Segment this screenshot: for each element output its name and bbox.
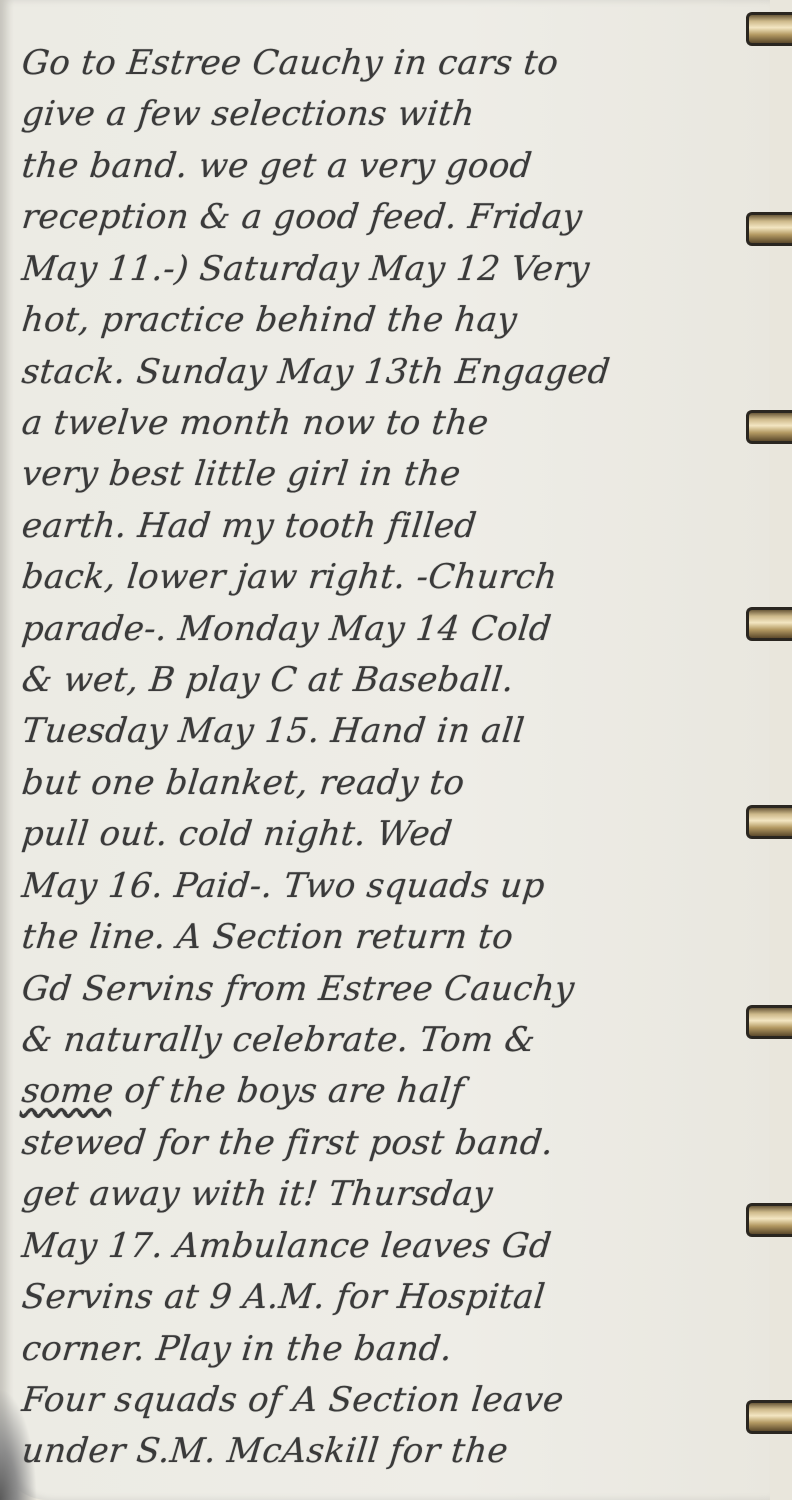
spiral-ring-icon bbox=[746, 805, 792, 839]
diary-line: May 11.-) Saturday May 12 Very bbox=[19, 244, 764, 295]
diary-line: Gd Servins from Estree Cauchy bbox=[19, 964, 764, 1015]
diary-line: earth. Had my tooth filled bbox=[19, 501, 764, 552]
diary-line: the line. A Section return to bbox=[19, 912, 764, 963]
handwritten-text: Go to Estree Cauchy in cars togive a few… bbox=[22, 38, 762, 1478]
spiral-ring-icon bbox=[746, 1400, 792, 1434]
diary-line: parade-. Monday May 14 Cold bbox=[19, 604, 764, 655]
diary-line: under S.M. McAskill for the bbox=[19, 1426, 764, 1477]
diary-line: May 17. Ambulance leaves Gd bbox=[19, 1221, 764, 1272]
diary-line: get away with it! Thursday bbox=[19, 1169, 764, 1220]
diary-line: Tuesday May 15. Hand in all bbox=[19, 706, 764, 757]
diary-line: back, lower jaw right. -Church bbox=[19, 552, 764, 603]
diary-line: corner. Play in the band. bbox=[19, 1324, 764, 1375]
spiral-ring-icon bbox=[746, 607, 792, 641]
diary-line: Go to Estree Cauchy in cars to bbox=[19, 38, 764, 89]
diary-line: the band. we get a very good bbox=[19, 141, 764, 192]
spiral-ring-icon bbox=[746, 12, 792, 46]
diary-line: stack. Sunday May 13th Engaged bbox=[19, 347, 764, 398]
spiral-ring-icon bbox=[746, 410, 792, 444]
diary-line: pull out. cold night. Wed bbox=[19, 809, 764, 860]
diary-line: Four squads of A Section leave bbox=[19, 1375, 764, 1426]
diary-line: give a few selections with bbox=[19, 89, 764, 140]
diary-line: a twelve month now to the bbox=[19, 398, 764, 449]
spiral-ring-icon bbox=[746, 212, 792, 246]
diary-line: reception & a good feed. Friday bbox=[19, 192, 764, 243]
diary-line: May 16. Paid-. Two squads up bbox=[19, 861, 764, 912]
diary-line: & wet, B play C at Baseball. bbox=[19, 655, 764, 706]
underlined-word: some bbox=[20, 1071, 116, 1111]
diary-line: very best little girl in the bbox=[19, 449, 764, 500]
diary-line: but one blanket, ready to bbox=[19, 758, 764, 809]
diary-line: Servins at 9 A.M. for Hospital bbox=[19, 1272, 764, 1323]
spiral-ring-icon bbox=[746, 1005, 792, 1039]
diary-line: stewed for the first post band. bbox=[19, 1118, 764, 1169]
diary-line: hot, practice behind the hay bbox=[19, 295, 764, 346]
diary-line: & naturally celebrate. Tom & bbox=[19, 1015, 764, 1066]
spiral-ring-icon bbox=[746, 1203, 792, 1237]
diary-page: Go to Estree Cauchy in cars togive a few… bbox=[0, 0, 770, 1500]
diary-line: some of the boys are half bbox=[19, 1066, 764, 1117]
